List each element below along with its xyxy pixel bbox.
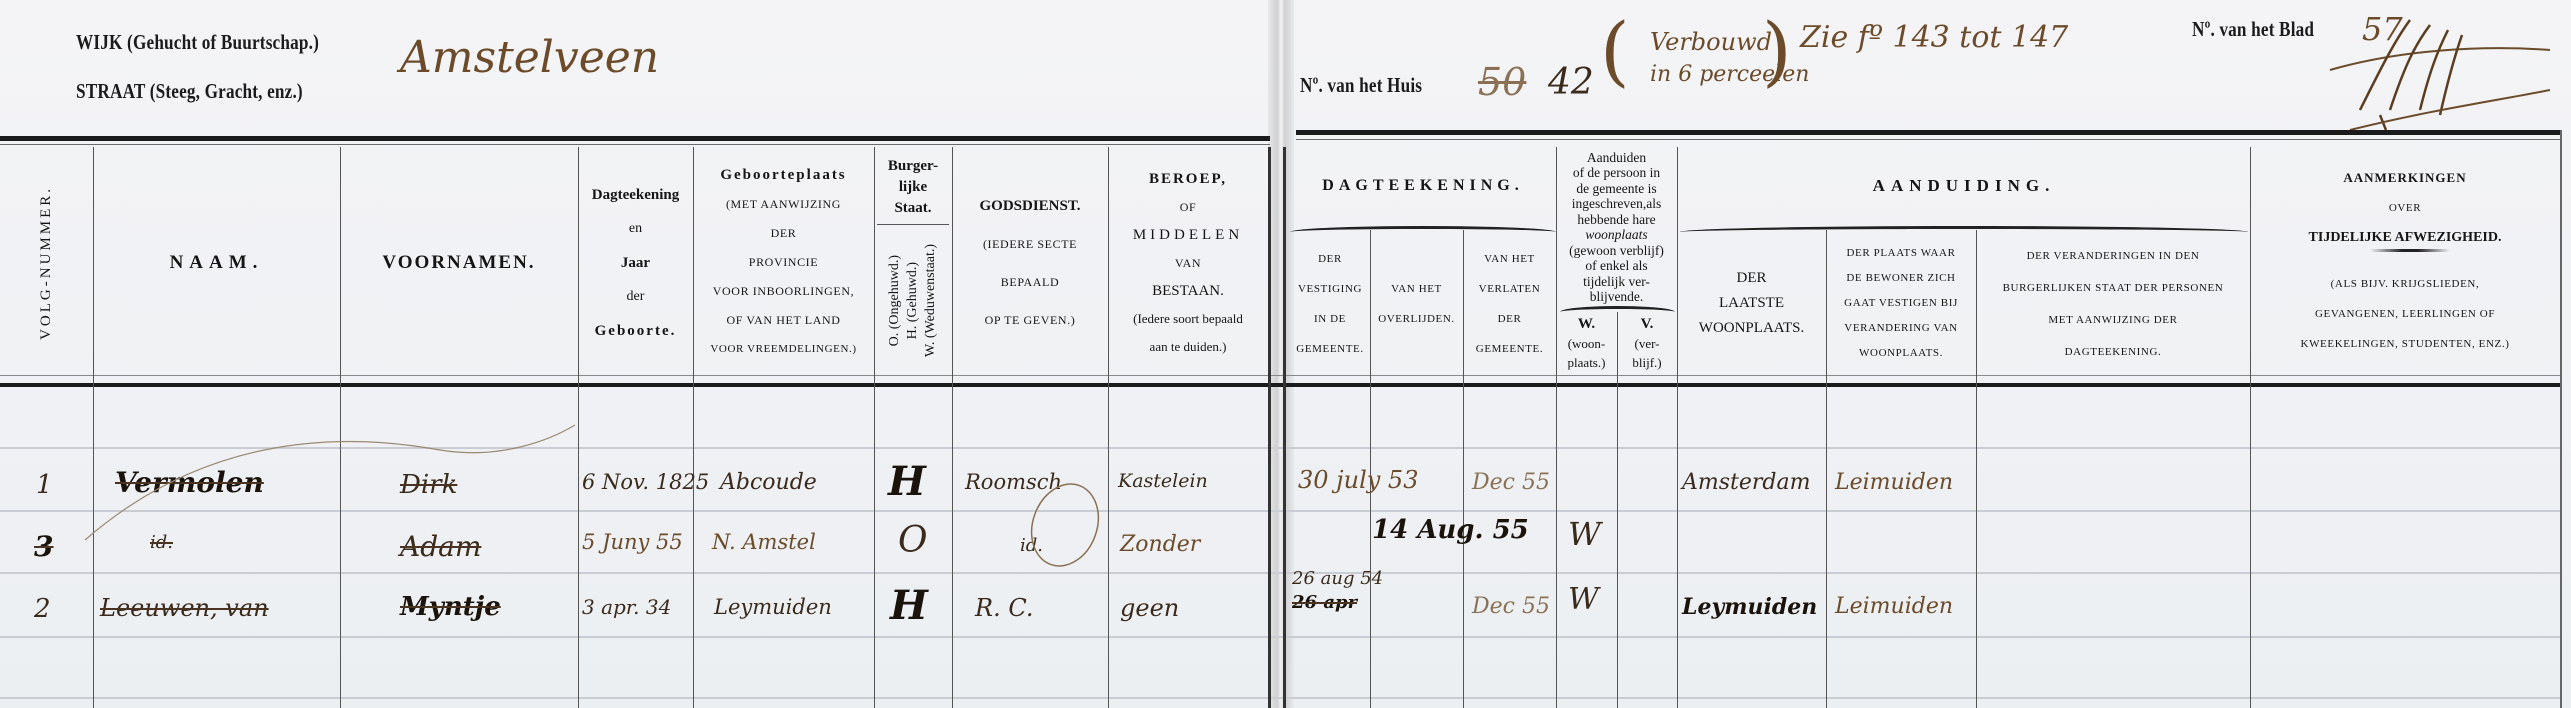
naam-header-text: NAAM.: [170, 252, 264, 274]
header-line: der: [627, 280, 645, 314]
header-line: (MET AANWIJZING: [726, 190, 841, 219]
row2-wv: W: [1568, 515, 1601, 553]
dagteekening-group-text: DAGTEEKENING.: [1322, 177, 1523, 195]
row-line: [0, 697, 2560, 699]
col-header-voornamen: VOORNAMEN.: [340, 150, 578, 375]
header-line: of de persoon in: [1573, 165, 1660, 181]
header-rule-thin-left: [0, 144, 1270, 145]
header-line: OF VAN HET LAND: [726, 306, 840, 335]
header-line: DER: [1498, 304, 1522, 334]
volgnummer-header-text: VOLG-NUMMER.: [38, 186, 55, 340]
row1-beroep: Kastelein: [1118, 470, 1208, 492]
col-header-v: V. (ver- blijf.): [1617, 312, 1677, 375]
row3-plaats-waar: Leimuiden: [1835, 594, 1953, 619]
header-line: (ALS BIJV. KRIJGSLIEDEN,: [2331, 269, 2480, 299]
header-line: Aanduiden: [1587, 150, 1646, 166]
col-header-vestiging: DER VESTIGING IN DE GEMEENTE.: [1290, 232, 1370, 375]
burgerlijke-staat-codes: O. (Ongehuwd.) H. (Gehuwd.) W. (Weduwens…: [874, 226, 952, 376]
row3-voornamen: Myntje: [400, 592, 501, 622]
strike-loop: [1020, 470, 1110, 580]
col-group-dagteekening: DAGTEEKENING.: [1290, 150, 1556, 222]
col-header-dagteekening-geboorte: Dagteekening en Jaar der Geboorte.: [578, 150, 693, 375]
row1-vestiging: 30 july 53: [1298, 466, 1418, 494]
row3-vestiging: 26 aug 54: [1292, 568, 1383, 589]
header-line: (gewoon verblijf): [1569, 243, 1664, 259]
col-group-aanduiding: AANDUIDING.: [1680, 150, 2248, 222]
huis-value-old: 50: [1478, 60, 1526, 104]
header-line: GODSDIENST.: [979, 187, 1080, 225]
code-gehuwd: H. (Gehuwd.): [905, 262, 921, 339]
code-ongehuwd: O. (Ongehuwd.): [887, 255, 903, 346]
header-line: VAN HET: [1391, 274, 1442, 304]
row3-geboorte: 3 apr. 34: [582, 595, 671, 619]
header-line: DAGTEEKENING.: [2065, 336, 2162, 368]
col-header-verlaten: VAN HET VERLATEN DER GEMEENTE.: [1463, 232, 1556, 375]
header-line: ingeschreven,als: [1572, 196, 1662, 212]
header-line: MET AANWIJZING DER: [2048, 304, 2177, 336]
header-rule-thin-right: [1296, 139, 2561, 140]
paren-open: (: [1600, 6, 1630, 95]
col-divider: [1268, 147, 1271, 708]
row1-geboorte: 6 Nov. 1825: [582, 470, 709, 494]
header-line: GAAT VESTIGEN BIJ: [1844, 291, 1958, 316]
row1-laatste-woonplaats: Amsterdam: [1682, 470, 1810, 495]
voornamen-header-text: VOORNAMEN.: [382, 252, 535, 274]
header-line: DER: [771, 219, 797, 248]
header-line: Geboorte.: [595, 314, 677, 348]
header-rule-left: [0, 136, 1270, 141]
header-line: OP TE GEVEN.): [985, 301, 1076, 339]
row3-wv: W: [1568, 582, 1599, 617]
wijk-label: WIJK (Gehucht of Buurtschap.): [76, 30, 319, 55]
header-line: GEMEENTE.: [1476, 334, 1543, 364]
col-header-naam: NAAM.: [93, 150, 340, 375]
burgerlijke-staat-divider: [877, 224, 949, 225]
row1-burgerlijke-staat: H: [888, 458, 926, 505]
row2-geboorte: 5 Juny 55: [582, 530, 683, 554]
row3-geboorteplaats: Leymuiden: [714, 595, 832, 619]
header-line: de gemeente is: [1576, 181, 1656, 197]
header-line: DER: [1318, 244, 1342, 274]
huis-value: 42: [1548, 62, 1594, 103]
header-line: KWEEKELINGEN, STUDENTEN, ENZ.): [2301, 329, 2510, 359]
header-line: W.: [1578, 315, 1595, 334]
header-line: OVER: [2389, 193, 2421, 223]
col-header-veranderingen: DER VERANDERINGEN IN DEN BURGERLIJKEN ST…: [1976, 232, 2250, 375]
row3-laatste-woonplaats: Leymuiden: [1682, 594, 1817, 620]
header-line: Jaar: [621, 246, 650, 280]
row-line: [0, 636, 2560, 638]
straat-value: Amstelveen: [400, 32, 659, 83]
col-header-beroep: BEROEP, OF MIDDELEN VAN BESTAAN. (Iedere…: [1108, 150, 1268, 375]
header-line: MIDDELEN: [1133, 221, 1243, 249]
header-line: TIJDELIJKE AFWEZIGHEID.: [2309, 223, 2502, 253]
header-line: VOOR INBOORLINGEN,: [713, 277, 854, 306]
header-line: LAATSTE: [1719, 291, 1784, 316]
header-line: woonplaats: [1585, 227, 1647, 243]
huis-label: Nº. van het Huis: [1300, 73, 1422, 98]
header-rule-right: [1296, 130, 2561, 135]
header-line: BESTAAN.: [1152, 277, 1224, 305]
col-header-volgnummer: VOLG-NUMMER.: [0, 150, 93, 375]
header-line: (ver-: [1635, 334, 1660, 353]
header-line: (Iedere soort bepaald: [1133, 305, 1243, 333]
header-line: WOONPLAATS.: [1859, 341, 1943, 366]
header-line: DE BEWONER ZICH: [1846, 266, 1955, 291]
col-header-burgerlijke-staat: Burger- lijke Staat.: [874, 150, 952, 222]
header-line: Geboorteplaats: [720, 161, 846, 190]
row3-vestiging-struck: 26 apr: [1292, 592, 1357, 613]
row3-godsdienst: R. C.: [975, 594, 1033, 622]
col-header-godsdienst: GODSDIENST. (IEDERE SECTE BEPAALD OP TE …: [952, 150, 1108, 375]
col-header-geboorteplaats: Geboorteplaats (MET AANWIJZING DER PROVI…: [693, 150, 874, 375]
column-header-bottom-thin: [0, 375, 2560, 376]
header-line: (IEDERE SECTE: [983, 225, 1077, 263]
huis-note-line1: Verbouwd: [1650, 28, 1772, 56]
header-line: V.: [1641, 315, 1654, 334]
col-header-overlijden: VAN HET OVERLIJDEN.: [1370, 232, 1463, 375]
col-header-aanduiden: Aanduiden of de persoon in de gemeente i…: [1556, 146, 1677, 308]
row3-verlaten: Dec 55: [1472, 594, 1550, 619]
header-line: blijvende.: [1590, 289, 1644, 305]
col-divider: [1283, 147, 1286, 708]
header-line: DER: [1737, 266, 1767, 291]
header-line: VERANDERING VAN: [1844, 316, 1957, 341]
header-line: GEVANGENEN, LEERLINGEN OF: [2315, 299, 2495, 329]
header-line: DER VERANDERINGEN IN DEN: [2027, 240, 2200, 272]
header-line: hebbende hare: [1577, 212, 1655, 228]
row1-plaats-waar: Leimuiden: [1835, 470, 1953, 495]
row1-verlaten: Dec 55: [1472, 470, 1550, 495]
row3-beroep: geen: [1120, 594, 1179, 622]
column-header-bottom-rule: [0, 383, 2560, 387]
blad-label: Nº. van het Blad: [2192, 17, 2314, 42]
header-line: (woon-: [1568, 334, 1606, 353]
header-line: of enkel als: [1585, 258, 1647, 274]
header-line: blijf.): [1632, 353, 1661, 372]
header-line: BEPAALD: [1001, 263, 1059, 301]
code-weduwenstaat: W. (Weduwenstaat.): [923, 244, 939, 357]
header-line: VAN HET: [1484, 244, 1535, 274]
diagonal-strike-stroke: [80, 420, 580, 550]
header-line: aan te duiden.): [1150, 333, 1227, 361]
zie-note: Zie fº 143 tot 147: [1800, 20, 2068, 55]
row1-volgnummer: 1: [36, 470, 53, 500]
straat-label: STRAAT (Steeg, Gracht, enz.): [76, 79, 303, 104]
col-header-aanmerkingen: AANMERKINGEN OVER TIJDELIJKE AFWEZIGHEID…: [2250, 146, 2560, 375]
header-line: Staat.: [894, 198, 931, 219]
header-line: GEMEENTE.: [1296, 334, 1363, 364]
paren-close: ): [1762, 6, 1792, 95]
header-line: en: [629, 212, 642, 246]
row2-volgnummer: 3: [34, 530, 53, 563]
header-line: Burger-: [888, 156, 938, 177]
col-header-laatste-woonplaats: DER LAATSTE WOONPLAATS.: [1677, 232, 1826, 375]
row3-burgerlijke-staat: H: [890, 582, 928, 629]
header-line: VERLATEN: [1479, 274, 1541, 304]
aanduiding-group-text: AANDUIDING.: [1873, 176, 2056, 196]
header-line: PROVINCIE: [749, 248, 818, 277]
header-line: OVERLIJDEN.: [1378, 304, 1455, 334]
header-line: VESTIGING: [1298, 274, 1362, 304]
header-line: VAN: [1175, 249, 1201, 277]
col-divider: [2560, 130, 2562, 708]
header-line: plaats.): [1568, 353, 1606, 372]
signature-scribble: [2320, 10, 2560, 140]
header-line: AANMERKINGEN: [2343, 163, 2466, 193]
row3-naam: Leeuwen, van: [100, 594, 269, 622]
row3-volgnummer: 2: [34, 594, 51, 624]
header-line: BEROEP,: [1149, 165, 1227, 193]
header-line: lijke: [899, 177, 927, 198]
col-header-plaats-waar: DER PLAATS WAAR DE BEWONER ZICH GAAT VES…: [1826, 232, 1976, 375]
row-line: [0, 572, 2560, 574]
header-line: OF: [1180, 193, 1197, 221]
header-line: IN DE: [1314, 304, 1346, 334]
row1-geboorteplaats: Abcoude: [720, 470, 817, 495]
header-line: Dagteekening: [592, 178, 680, 212]
header-line: tijdelijk ver-: [1583, 274, 1650, 290]
header-line: VOOR VREEMDELINGEN.): [710, 335, 856, 364]
header-line: BURGERLIJKEN STAAT DER PERSONEN: [2003, 272, 2224, 304]
row2-burgerlijke-staat: O: [898, 520, 928, 561]
row2-geboorteplaats: N. Amstel: [712, 530, 816, 554]
col-header-w: W. (woon- plaats.): [1556, 312, 1617, 375]
header-line: WOONPLAATS.: [1699, 316, 1804, 341]
row2-overlijden: 14 Aug. 55: [1372, 515, 1529, 545]
row2-beroep: Zonder: [1120, 532, 1200, 557]
header-line: DER PLAATS WAAR: [1846, 241, 1955, 266]
